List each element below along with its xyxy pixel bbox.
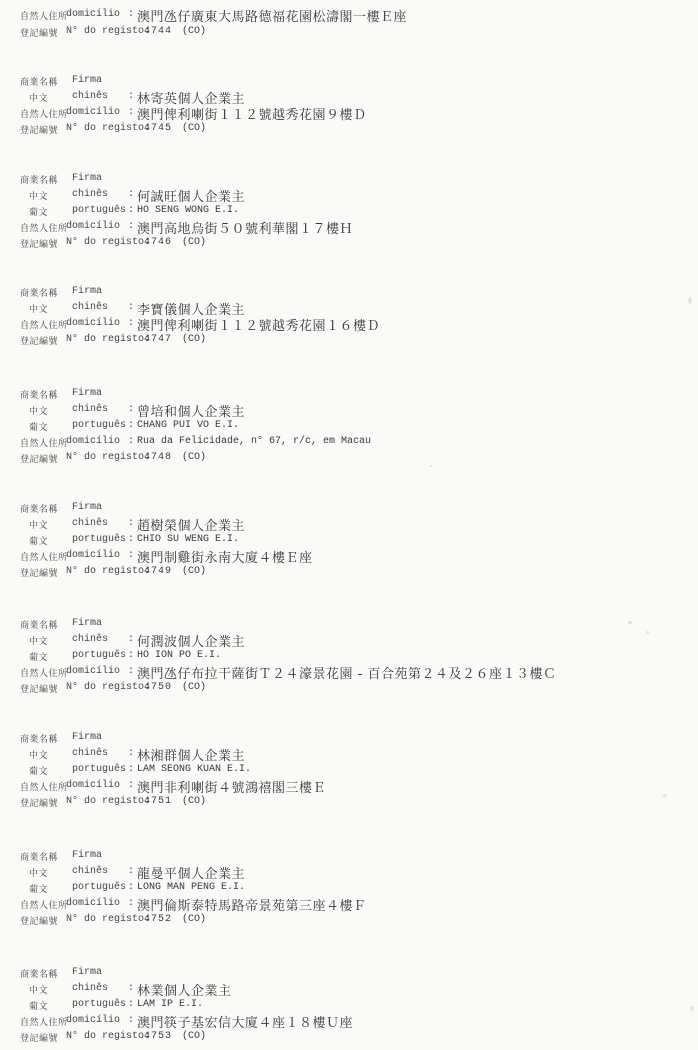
registo-co-tag: (CO) [182, 237, 206, 248]
portuguese-label-pt: português [72, 764, 126, 775]
colon: : [128, 420, 134, 431]
colon: : [128, 999, 134, 1010]
colon: : [128, 1015, 134, 1026]
registo-co-tag: (CO) [182, 1031, 206, 1042]
domicile-label-zh: 自然人住所 [20, 550, 68, 563]
registo-line: 登記編號 N° do registo: 4748 (CO) [20, 449, 690, 465]
colon: : [128, 205, 134, 216]
chinese-label-pt: chinês [72, 866, 108, 877]
colon: : [128, 634, 134, 645]
registo-co-tag: (CO) [182, 123, 206, 134]
scan-speck [646, 631, 649, 634]
registo-label-zh: 登記編號 [20, 914, 58, 927]
colon: : [128, 9, 134, 20]
chinese-name-line: 中文 chinês : 李寶儀個人企業主 [20, 299, 690, 315]
domicile-label-pt: domicílio [66, 318, 120, 329]
value-registo-no: 4746 [144, 237, 172, 248]
registo-label-pt: N° do registo: [66, 682, 150, 693]
chinese-label-zh: 中文 [29, 748, 48, 761]
domicile-line: 自然人住所 domicílio : 澳門制雞街永南大廈４樓Ｅ座 [20, 547, 690, 563]
registo-line: 登記編號 N° do registo: 4747 (CO) [20, 331, 690, 347]
chinese-name-line: 中文 chinês : 林湘群個人企業主 [20, 745, 690, 761]
firma-line: 商業名稱 Firma [20, 499, 690, 515]
value-registo-no: 4745 [144, 123, 172, 134]
value-registo-no: 4750 [144, 682, 172, 693]
firma-label-zh: 商業名稱 [20, 850, 58, 863]
registo-line: 登記編號 N° do registo: 4746 (CO) [20, 234, 690, 250]
registo-label-zh: 登記編號 [20, 1031, 58, 1044]
firma-label-zh: 商業名稱 [20, 967, 58, 980]
scan-speck [688, 297, 692, 304]
firma-label-pt: Firma [72, 967, 102, 978]
portuguese-label-zh: 葡文 [29, 650, 48, 663]
registry-record: 商業名稱 Firma 中文 chinês : 何誠旺個人企業主 葡文 portu… [20, 170, 690, 250]
colon: : [128, 91, 134, 102]
value-name-pt: LAM IP E.I. [137, 999, 203, 1010]
registry-record: 商業名稱 Firma 中文 chinês : 趙樹榮個人企業主 葡文 portu… [20, 499, 690, 579]
firma-label-pt: Firma [72, 850, 102, 861]
colon: : [128, 404, 134, 415]
domicile-label-pt: domicílio [66, 436, 120, 447]
registo-label-pt: N° do registo: [66, 566, 150, 577]
value-name-pt: LAM SEONG KUAN E.I. [137, 764, 251, 775]
registry-record: 商業名稱 Firma 中文 chinês : 林業個人企業主 葡文 portug… [20, 964, 690, 1044]
registo-label-zh: 登記編號 [20, 682, 58, 695]
domicile-label-zh: 自然人住所 [20, 318, 68, 331]
chinese-name-line: 中文 chinês : 何潤波個人企業主 [20, 631, 690, 647]
portuguese-label-pt: português [72, 999, 126, 1010]
registo-label-zh: 登記編號 [20, 796, 58, 809]
firma-line: 商業名稱 Firma [20, 283, 690, 299]
registo-line: 登記編號 N° do registo: 4752 (CO) [20, 911, 690, 927]
registo-label-pt: N° do registo: [66, 796, 150, 807]
scan-speck [628, 621, 632, 624]
firma-label-zh: 商業名稱 [20, 502, 58, 515]
firma-label-pt: Firma [72, 75, 102, 86]
registo-label-zh: 登記編號 [20, 334, 58, 347]
colon: : [128, 764, 134, 775]
domicile-label-pt: domicílio [66, 780, 120, 791]
registo-label-zh: 登記編號 [20, 26, 58, 39]
firma-label-zh: 商業名稱 [20, 75, 58, 88]
chinese-label-zh: 中文 [29, 866, 48, 879]
chinese-label-pt: chinês [72, 189, 108, 200]
firma-label-pt: Firma [72, 173, 102, 184]
domicile-label-zh: 自然人住所 [20, 898, 68, 911]
registo-label-pt: N° do registo: [66, 237, 150, 248]
colon: : [128, 650, 134, 661]
registry-record: 商業名稱 Firma 中文 chinês : 林湘群個人企業主 葡文 portu… [20, 729, 690, 809]
portuguese-name-line: 葡文 português : HO ION PO E.I. [20, 647, 690, 663]
firma-label-pt: Firma [72, 618, 102, 629]
firma-label-zh: 商業名稱 [20, 618, 58, 631]
portuguese-label-pt: português [72, 534, 126, 545]
domicile-label-zh: 自然人住所 [20, 221, 68, 234]
colon: : [128, 780, 134, 791]
chinese-name-line: 中文 chinês : 趙樹榮個人企業主 [20, 515, 690, 531]
registo-co-tag: (CO) [182, 682, 206, 693]
registo-label-zh: 登記編號 [20, 123, 58, 136]
chinese-label-zh: 中文 [29, 91, 48, 104]
domicile-line: 自然人住所 domicílio : 澳門俾利喇街１１２號越秀花園１６樓Ｄ [20, 315, 690, 331]
chinese-label-pt: chinês [72, 983, 108, 994]
registo-co-tag: (CO) [182, 334, 206, 345]
colon: : [128, 866, 134, 877]
portuguese-label-pt: português [72, 205, 126, 216]
domicile-label-pt: domicílio [66, 666, 120, 677]
domicile-label-pt: domicílio [66, 550, 120, 561]
registo-line: 登記編號 N° do registo: 4745 (CO) [20, 120, 690, 136]
chinese-label-zh: 中文 [29, 518, 48, 531]
portuguese-label-zh: 葡文 [29, 205, 48, 218]
value-registo-no: 4744 [144, 26, 172, 37]
chinese-label-zh: 中文 [29, 404, 48, 417]
chinese-label-pt: chinês [72, 748, 108, 759]
scan-speck [690, 1006, 694, 1011]
value-registo-no: 4749 [144, 566, 172, 577]
domicile-label-pt: domicílio [66, 1015, 120, 1026]
value-name-pt: HO SENG WONG E.I. [137, 205, 239, 216]
portuguese-name-line: 葡文 português : CHANG PUI VO E.I. [20, 417, 690, 433]
value-domicile: Rua da Felicidade, n° 67, r/c, em Macau [137, 436, 371, 447]
domicile-label-zh: 自然人住所 [20, 436, 68, 449]
domicile-line: 自然人住所 domicílio : 澳門非利喇街４號鴻禧閣三樓Ｅ [20, 777, 690, 793]
firma-label-zh: 商業名稱 [20, 173, 58, 186]
registo-line: 登記編號 N° do registo: 4753 (CO) [20, 1028, 690, 1044]
scan-speck [662, 794, 667, 797]
value-registo-no: 4753 [144, 1031, 172, 1042]
registo-line: 登記編號 N° do registo: 4750 (CO) [20, 679, 690, 695]
portuguese-label-pt: português [72, 882, 126, 893]
domicile-line: 自然人住所 domicílio : 澳門氹仔布拉干薩街Ｔ２４濠景花園 - 百合苑… [20, 663, 690, 679]
portuguese-name-line: 葡文 português : LAM SEONG KUAN E.I. [20, 761, 690, 777]
registo-label-pt: N° do registo: [66, 123, 150, 134]
domicile-line: 自然人住所 domicílio : 澳門俾利喇街１１２號越秀花園９樓Ｄ [20, 104, 690, 120]
colon: : [128, 898, 134, 909]
domicile-label-pt: domicílio [66, 221, 120, 232]
registo-line: 登記編號 N° do registo: 4751 (CO) [20, 793, 690, 809]
firma-line: 商業名稱 Firma [20, 170, 690, 186]
registo-label-pt: N° do registo: [66, 26, 150, 37]
firma-line: 商業名稱 Firma [20, 729, 690, 745]
registo-label-zh: 登記編號 [20, 237, 58, 250]
chinese-name-line: 中文 chinês : 龍曼平個人企業主 [20, 863, 690, 879]
scan-speck [84, 506, 87, 509]
registo-co-tag: (CO) [182, 452, 206, 463]
portuguese-label-zh: 葡文 [29, 534, 48, 547]
portuguese-name-line: 葡文 português : LONG MAN PENG E.I. [20, 879, 690, 895]
portuguese-label-pt: português [72, 420, 126, 431]
value-name-pt: HO ION PO E.I. [137, 650, 221, 661]
colon: : [128, 666, 134, 677]
registo-line: 登記編號 N° do registo: 4744 (CO) [20, 23, 690, 39]
registo-co-tag: (CO) [182, 26, 206, 37]
value-registo-no: 4747 [144, 334, 172, 345]
registo-label-pt: N° do registo: [66, 914, 150, 925]
colon: : [128, 518, 134, 529]
portuguese-label-zh: 葡文 [29, 999, 48, 1012]
chinese-label-pt: chinês [72, 518, 108, 529]
value-name-pt: CHANG PUI VO E.I. [137, 420, 239, 431]
chinese-label-pt: chinês [72, 302, 108, 313]
value-registo-no: 4748 [144, 452, 172, 463]
portuguese-label-zh: 葡文 [29, 882, 48, 895]
registry-record: 商業名稱 Firma 中文 chinês : 龍曼平個人企業主 葡文 portu… [20, 847, 690, 927]
firma-label-zh: 商業名稱 [20, 732, 58, 745]
chinese-label-zh: 中文 [29, 302, 48, 315]
firma-line: 商業名稱 Firma [20, 964, 690, 980]
colon: : [128, 189, 134, 200]
firma-label-pt: Firma [72, 732, 102, 743]
colon: : [128, 302, 134, 313]
portuguese-name-line: 葡文 português : CHIO SU WENG E.I. [20, 531, 690, 547]
colon: : [128, 107, 134, 118]
value-name-pt: CHIO SU WENG E.I. [137, 534, 239, 545]
chinese-label-pt: chinês [72, 634, 108, 645]
portuguese-label-pt: português [72, 650, 126, 661]
registo-co-tag: (CO) [182, 914, 206, 925]
chinese-name-line: 中文 chinês : 何誠旺個人企業主 [20, 186, 690, 202]
registry-record: 商業名稱 Firma 中文 chinês : 曾培和個人企業主 葡文 portu… [20, 385, 690, 465]
domicile-label-pt: domicílio [66, 898, 120, 909]
firma-label-pt: Firma [72, 388, 102, 399]
colon: : [128, 882, 134, 893]
value-registo-no: 4751 [144, 796, 172, 807]
registry-record: 商業名稱 Firma 中文 chinês : 何潤波個人企業主 葡文 portu… [20, 615, 690, 695]
colon: : [128, 534, 134, 545]
firma-label-zh: 商業名稱 [20, 388, 58, 401]
portuguese-label-zh: 葡文 [29, 420, 48, 433]
registo-co-tag: (CO) [182, 796, 206, 807]
firma-line: 商業名稱 Firma [20, 385, 690, 401]
registry-record: 商業名稱 Firma 中文 chinês : 李寶儀個人企業主 自然人住所 do… [20, 283, 690, 347]
colon: : [128, 221, 134, 232]
portuguese-name-line: 葡文 português : LAM IP E.I. [20, 996, 690, 1012]
domicile-line: 自然人住所 domicílio : 澳門氹仔廣東大馬路德福花園松濤閣一樓Ｅ座 [20, 6, 690, 22]
portuguese-name-line: 葡文 português : HO SENG WONG E.I. [20, 202, 690, 218]
registo-label-pt: N° do registo: [66, 452, 150, 463]
domicile-label-zh: 自然人住所 [20, 1015, 68, 1028]
chinese-name-line: 中文 chinês : 曾培和個人企業主 [20, 401, 690, 417]
chinese-label-zh: 中文 [29, 634, 48, 647]
registo-label-pt: N° do registo: [66, 1031, 150, 1042]
firma-line: 商業名稱 Firma [20, 615, 690, 631]
value-name-pt: LONG MAN PENG E.I. [137, 882, 245, 893]
colon: : [128, 550, 134, 561]
colon: : [128, 748, 134, 759]
colon: : [128, 436, 134, 447]
gazette-scan-page: 自然人住所 domicílio : 澳門氹仔廣東大馬路德福花園松濤閣一樓Ｅ座 登… [0, 0, 698, 1050]
firma-line: 商業名稱 Firma [20, 72, 690, 88]
registry-record: 自然人住所 domicílio : 澳門氹仔廣東大馬路德福花園松濤閣一樓Ｅ座 登… [20, 6, 690, 39]
value-registo-no: 4752 [144, 914, 172, 925]
firma-label-pt: Firma [72, 286, 102, 297]
portuguese-label-zh: 葡文 [29, 764, 48, 777]
domicile-line: 自然人住所 domicílio : 澳門高地烏街５０號利華閣１７樓Ｈ [20, 218, 690, 234]
registo-label-pt: N° do registo: [66, 334, 150, 345]
registo-label-zh: 登記編號 [20, 566, 58, 579]
colon: : [128, 318, 134, 329]
domicile-label-zh: 自然人住所 [20, 666, 68, 679]
chinese-label-pt: chinês [72, 404, 108, 415]
domicile-label-zh: 自然人住所 [20, 780, 68, 793]
registo-co-tag: (CO) [182, 566, 206, 577]
scan-speck [430, 465, 432, 467]
registo-line: 登記編號 N° do registo: 4749 (CO) [20, 563, 690, 579]
domicile-label-zh: 自然人住所 [20, 107, 68, 120]
domicile-label-zh: 自然人住所 [20, 9, 68, 22]
chinese-name-line: 中文 chinês : 林寄英個人企業主 [20, 88, 690, 104]
chinese-label-pt: chinês [72, 91, 108, 102]
registry-record: 商業名稱 Firma 中文 chinês : 林寄英個人企業主 自然人住所 do… [20, 72, 690, 136]
firma-label-zh: 商業名稱 [20, 286, 58, 299]
chinese-name-line: 中文 chinês : 林業個人企業主 [20, 980, 690, 996]
domicile-line: 自然人住所 domicílio : Rua da Felicidade, n° … [20, 433, 690, 449]
domicile-line: 自然人住所 domicílio : 澳門筷子基宏信大廈４座１８樓Ｕ座 [20, 1012, 690, 1028]
domicile-label-pt: domicílio [66, 107, 120, 118]
chinese-label-zh: 中文 [29, 189, 48, 202]
domicile-label-pt: domicílio [66, 9, 120, 20]
firma-line: 商業名稱 Firma [20, 847, 690, 863]
domicile-line: 自然人住所 domicílio : 澳門倫斯泰特馬路帝景苑第三座４樓Ｆ [20, 895, 690, 911]
colon: : [128, 983, 134, 994]
chinese-label-zh: 中文 [29, 983, 48, 996]
firma-label-pt: Firma [72, 502, 102, 513]
registo-label-zh: 登記編號 [20, 452, 58, 465]
